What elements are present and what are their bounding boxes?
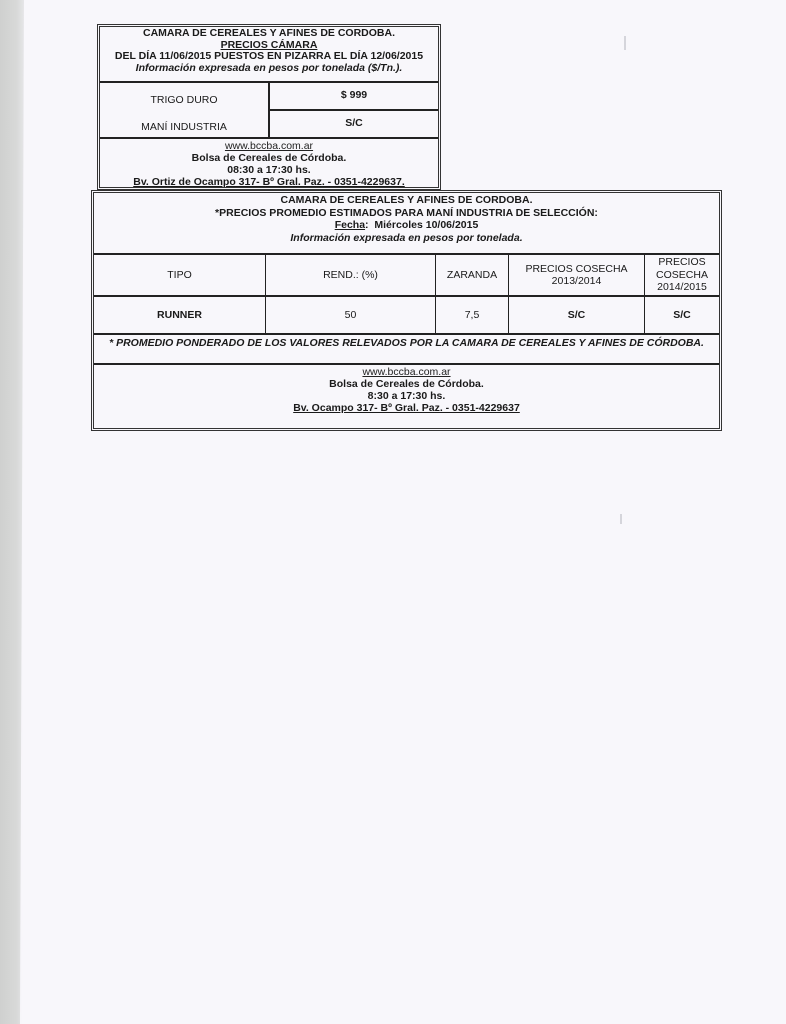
table1-title: CAMARA DE CEREALES Y AFINES DE CORDOBA. <box>100 28 438 40</box>
scan-edge <box>0 0 24 1024</box>
cell-tipo: RUNNER <box>94 297 266 335</box>
date-label: Fecha <box>335 219 365 231</box>
table1-price-column: $ 999 S/C <box>270 83 438 137</box>
footer-org: Bolsa de Cereales de Córdoba. <box>94 378 719 390</box>
table1-rows: TRIGO DURO MANÍ INDUSTRIA $ 999 S/C <box>100 83 438 139</box>
table2-title: CAMARA DE CEREALES Y AFINES DE CORDOBA. <box>94 194 719 207</box>
table2-footer: www.bccba.com.ar Bolsa de Cereales de Có… <box>94 365 719 414</box>
product-trigo-duro: TRIGO DURO <box>100 94 268 106</box>
scan-speck <box>620 514 622 524</box>
footer-hours: 8:30 a 17:30 hs. <box>94 390 719 402</box>
cell-rend: 50 <box>266 297 436 335</box>
date-value: Miércoles 10/06/2015 <box>374 219 478 231</box>
mani-seleccion-table: CAMARA DE CEREALES Y AFINES DE CORDOBA. … <box>91 190 722 431</box>
col-header-precios-2014-2015: PRECIOS COSECHA 2014/2015 <box>645 255 719 297</box>
price-trigo-duro: $ 999 <box>270 83 438 111</box>
table2-subtitle: *PRECIOS PROMEDIO ESTIMADOS PARA MANÍ IN… <box>94 207 719 220</box>
table2-note: * PROMEDIO PONDERADO DE LOS VALORES RELE… <box>94 335 719 365</box>
table1-product-column: TRIGO DURO MANÍ INDUSTRIA <box>100 83 270 137</box>
cell-precio-2013-2014: S/C <box>509 297 645 335</box>
col-header-zaranda: ZARANDA <box>436 255 509 297</box>
table2-units-note: Información expresada en pesos por tonel… <box>94 232 719 245</box>
col-header-rend: REND.: (%) <box>266 255 436 297</box>
cell-zaranda: 7,5 <box>436 297 509 335</box>
col-header-tipo: TIPO <box>94 255 266 297</box>
footer-address: Bv. Ocampo 317- Bº Gral. Paz. - 0351-422… <box>94 402 719 414</box>
table1-header: CAMARA DE CEREALES Y AFINES DE CORDOBA. … <box>100 27 438 83</box>
footer-hours: 08:30 a 17:30 hs. <box>100 164 438 176</box>
scan-speck <box>624 36 626 50</box>
cell-precio-2014-2015: S/C <box>645 297 719 335</box>
price-mani-industria: S/C <box>270 111 438 137</box>
table2-header: CAMARA DE CEREALES Y AFINES DE CORDOBA. … <box>94 193 719 255</box>
table2-grid: TIPO REND.: (%) ZARANDA PRECIOS COSECHA … <box>94 255 719 335</box>
table1-units-note: Información expresada en pesos por tonel… <box>100 63 438 75</box>
footer-org: Bolsa de Cereales de Córdoba. <box>100 152 438 164</box>
website-link[interactable]: www.bccba.com.ar <box>100 140 438 152</box>
precios-camara-table: CAMARA DE CEREALES Y AFINES DE CORDOBA. … <box>97 24 441 190</box>
website-link[interactable]: www.bccba.com.ar <box>94 366 719 378</box>
col-header-precios-2013-2014: PRECIOS COSECHA 2013/2014 <box>509 255 645 297</box>
table2-date: Fecha: Miércoles 10/06/2015 <box>94 219 719 232</box>
product-mani-industria: MANÍ INDUSTRIA <box>100 121 268 133</box>
footer-address: Bv. Ortiz de Ocampo 317- Bº Gral. Paz. -… <box>100 176 438 188</box>
table1-footer: www.bccba.com.ar Bolsa de Cereales de Có… <box>100 139 438 188</box>
table1-date-line: DEL DÍA 11/06/2015 PUESTOS EN PIZARRA EL… <box>100 51 438 63</box>
